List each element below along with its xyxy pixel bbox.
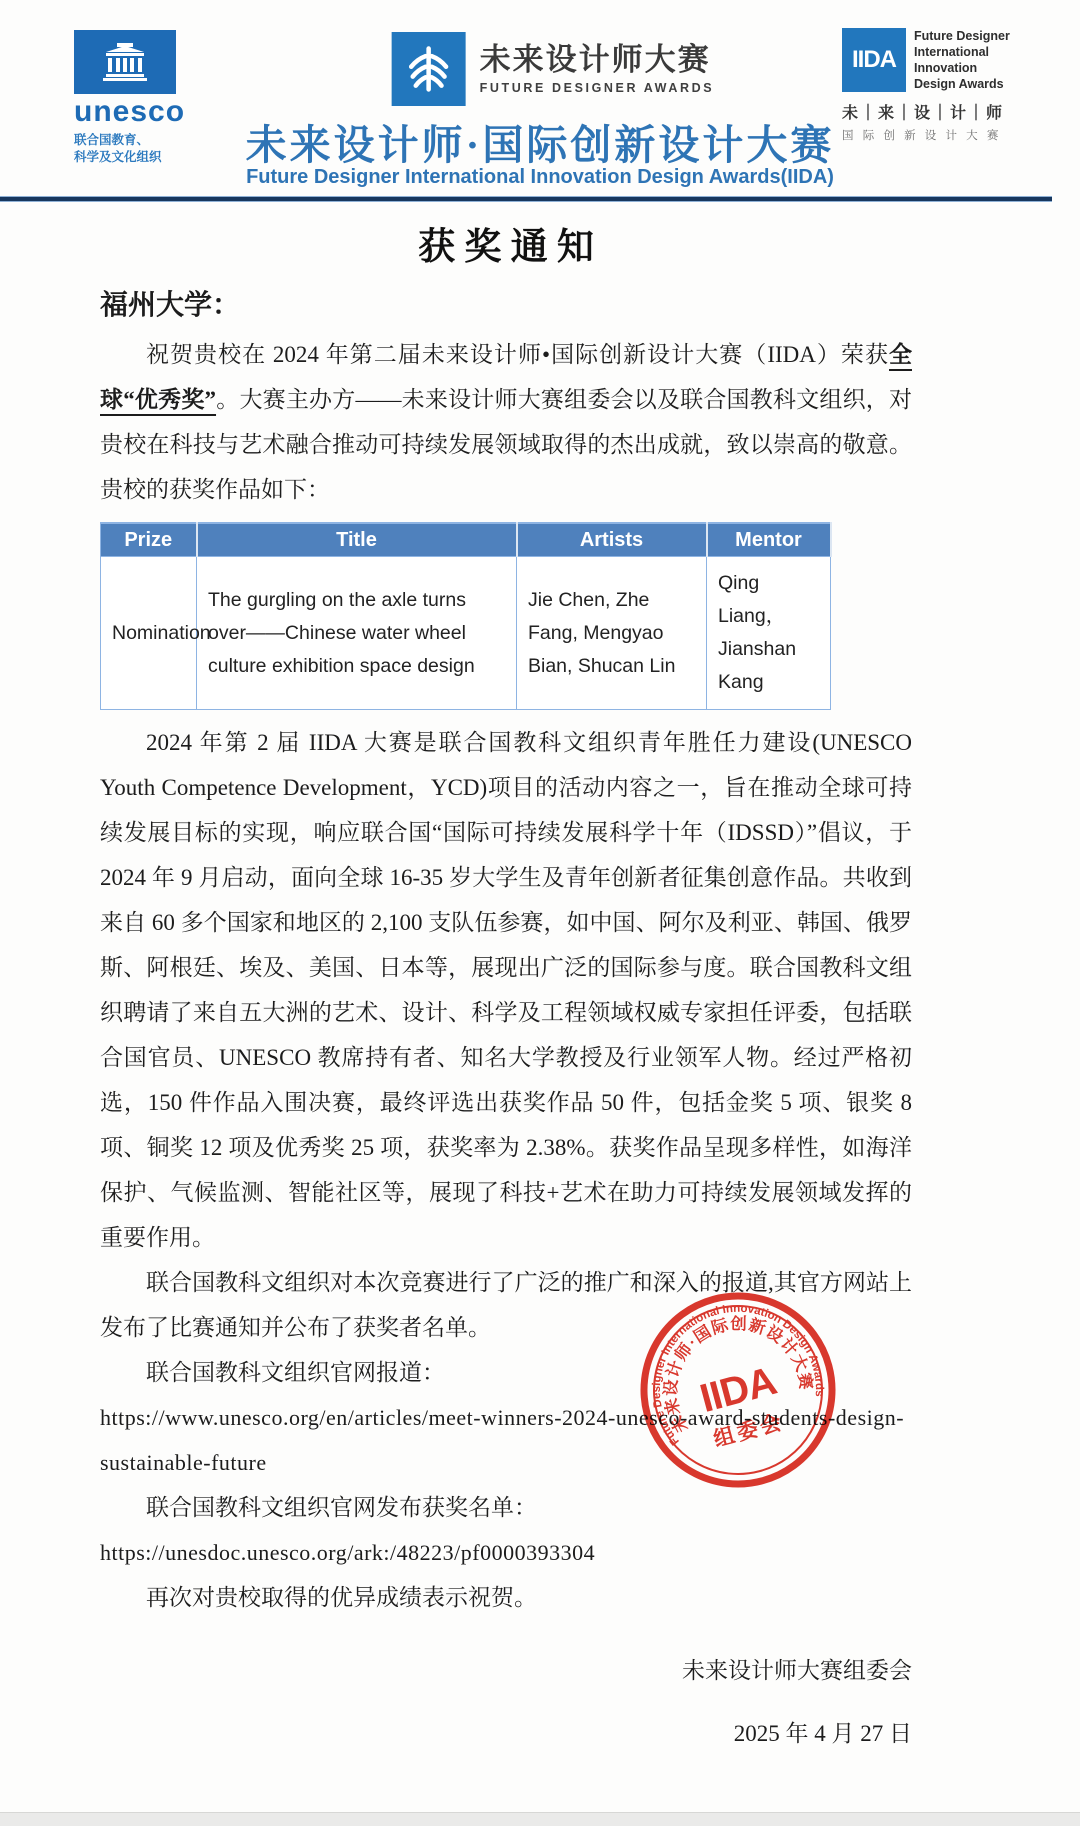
iida-abbr: IIDA	[852, 46, 896, 74]
page-bottom-edge	[0, 1812, 1080, 1826]
future-designer-awards-logo: 未来设计师大赛 FUTURE DESIGNER AWARDS	[392, 32, 715, 106]
cell-mentor: Qing Liang，Jianshan Kang	[707, 557, 831, 710]
signature-committee: 未来设计师大赛组委会	[100, 1648, 912, 1693]
unesdoc-url: https://unesdoc.unesco.org/ark:/48223/pf…	[100, 1530, 912, 1575]
signature-block: 未来设计师大赛组委会 2025 年 4 月 27 日	[100, 1648, 912, 1756]
cell-prize: Nomination	[101, 557, 197, 710]
iida-en-line4: Design Awards	[914, 76, 1010, 92]
salutation: 福州大学：	[100, 286, 912, 326]
paragraph-award: 祝贺贵校在 2024 年第二届未来设计师•国际创新设计大赛（IIDA）荣获全球“…	[100, 332, 912, 512]
notice-heading: 获 奖 通 知	[100, 222, 912, 274]
col-header-title: Title	[197, 523, 517, 557]
iida-square-icon: IIDA	[842, 28, 906, 92]
header-divider	[0, 196, 1052, 202]
iida-en-line1: Future Designer	[914, 28, 1010, 44]
table-row: Nomination The gurgling on the axle turn…	[101, 557, 831, 710]
letter-body: 获 奖 通 知 福州大学： 祝贺贵校在 2024 年第二届未来设计师•国际创新设…	[0, 206, 1080, 1756]
paragraph-congrats: 再次对贵校取得的优异成绩表示祝贺。	[100, 1575, 912, 1620]
fda-cn-name: 未来设计师大赛	[480, 43, 715, 77]
col-header-artists: Artists	[517, 523, 707, 557]
stamp-center-text: IIDA	[696, 1359, 781, 1421]
p1-prefix: 祝贺贵校在 2024 年第二届未来设计师•国际创新设计大赛（IIDA）荣获	[146, 342, 889, 367]
competition-title-en: Future Designer International Innovation…	[0, 166, 1080, 189]
iida-en-line3: Innovation	[914, 60, 1010, 76]
col-header-prize: Prize	[101, 523, 197, 557]
unesco-temple-icon	[74, 30, 176, 94]
fda-en-name: FUTURE DESIGNER AWARDS	[480, 81, 715, 95]
competition-title-cn: 未来设计师·国际创新设计大赛	[0, 112, 1080, 171]
cell-artists: Jie Chen, Zhe Fang, Mengyao Bian, Shucan…	[517, 557, 707, 710]
col-header-mentor: Mentor	[707, 523, 831, 557]
cell-title: The gurgling on the axle turns over——Chi…	[197, 557, 517, 710]
iida-en-line2: International	[914, 44, 1010, 60]
paragraph-winners-list-label: 联合国教科文组织官网发布获奖名单：	[100, 1485, 912, 1530]
table-header-row: Prize Title Artists Mentor	[101, 523, 831, 557]
paragraph-competition-intro: 2024 年第 2 届 IIDA 大赛是联合国教科文组织青年胜任力建设(UNES…	[100, 720, 912, 1260]
fda-emblem-icon	[392, 32, 466, 106]
signature-date: 2025 年 4 月 27 日	[100, 1711, 912, 1756]
awarded-works-table: Prize Title Artists Mentor Nomination Th…	[100, 522, 832, 710]
award-notice-document: unesco 联合国教育、 科学及文化组织 未来设计师大赛 FUTURE DES…	[0, 0, 1080, 1826]
p1-suffix: 。大赛主办方——未来设计师大赛组委会以及联合国教科文组织，对贵校在科技与艺术融合…	[100, 387, 912, 502]
